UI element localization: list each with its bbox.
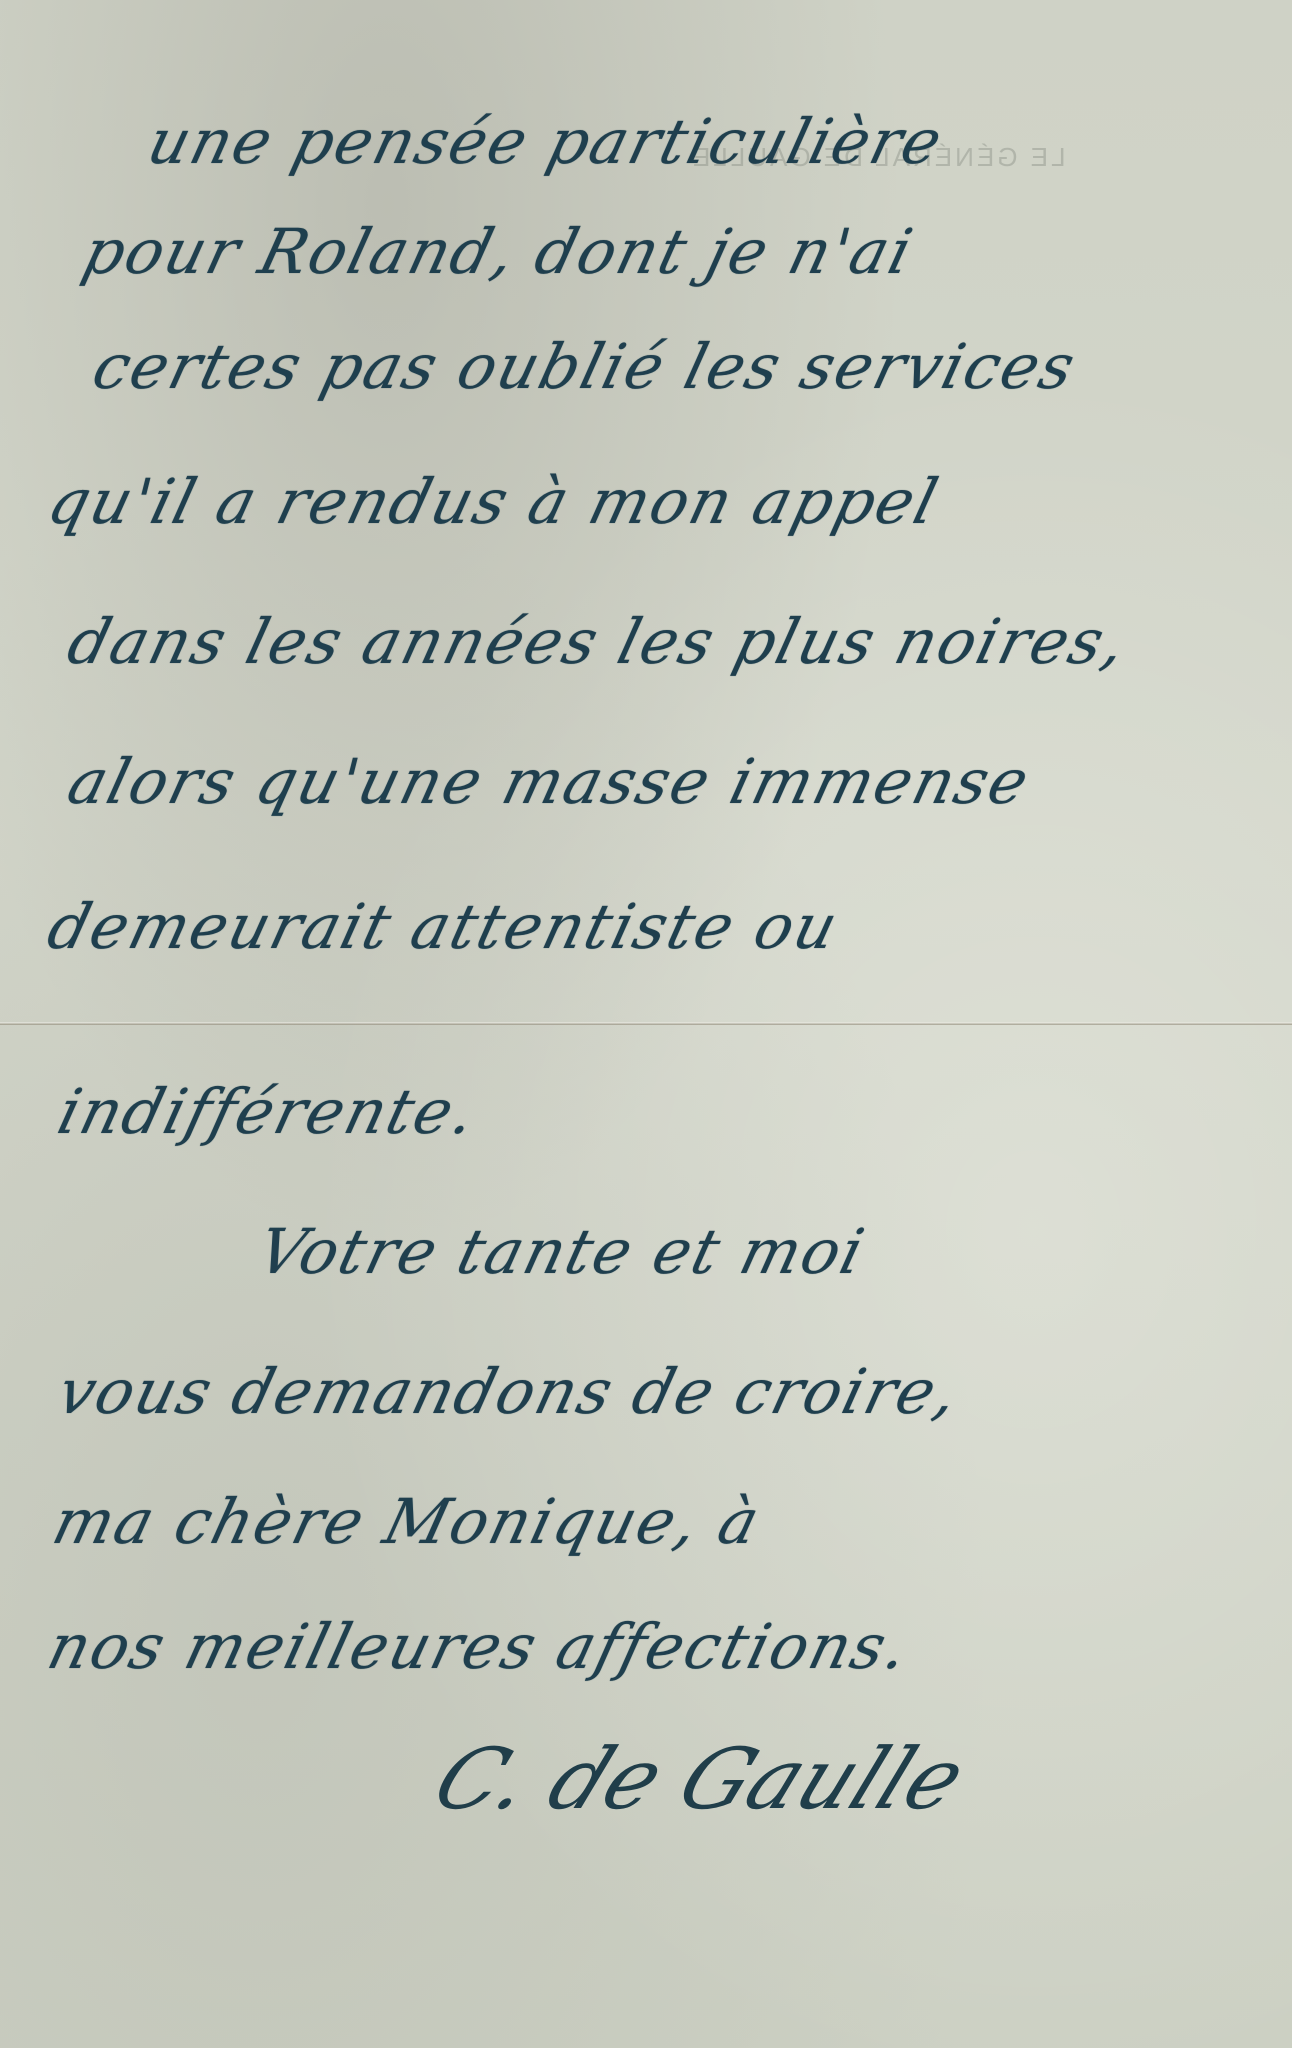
letter-page: LE GÉNÉRAL DE GAULLE une pensée particul… [0,0,1292,2048]
letter-line: alors qu'une masse immense [61,745,1038,818]
letter-line: demeurait attentiste ou [41,890,847,963]
letter-line: ma chère Monique, à [46,1485,768,1558]
letter-line: pour Roland, dont je n'ai [76,215,921,288]
letter-line: Votre tante et moi [251,1215,873,1288]
signature: C. de Gaulle [420,1730,979,1828]
letter-line: certes pas oublié les services [86,330,1084,403]
letter-line: dans les années les plus noires, [61,605,1135,678]
paper-fold [0,1022,1292,1025]
letter-line: nos meilleures affections. [41,1610,917,1683]
letter-line: vous demandons de croire, [51,1355,967,1428]
letter-line: une pensée particulière [141,105,951,178]
letter-line: qu'il a rendus à mon appel [41,465,947,538]
letter-line: indifférente. [51,1075,485,1148]
